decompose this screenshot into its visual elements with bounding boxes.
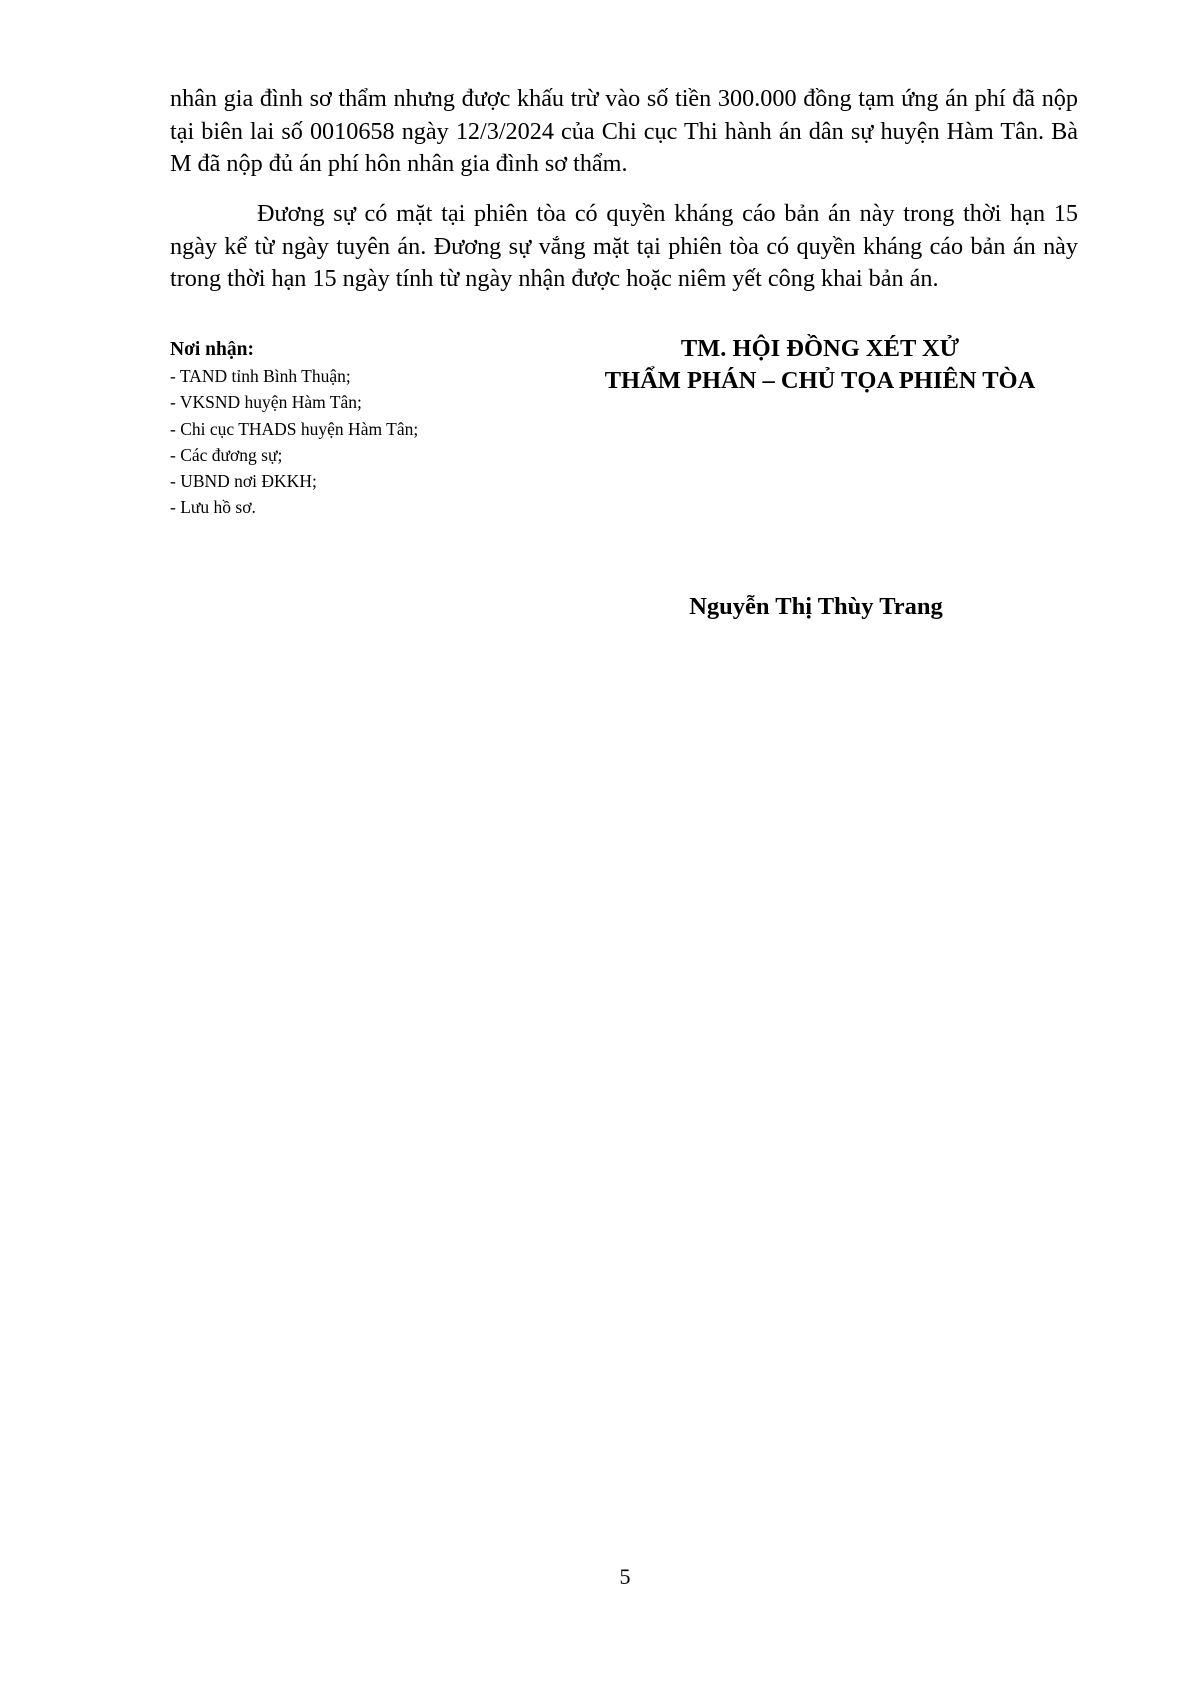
document-page: nhân gia đình sơ thẩm nhưng được khấu tr… <box>0 0 1190 1684</box>
signature-heading: TM. HỘI ĐỒNG XÉT XỬ THẨM PHÁN – CHỦ TỌA … <box>540 333 1100 397</box>
recipient-item: - TAND tỉnh Bình Thuận; <box>170 363 530 389</box>
signer-name: Nguyễn Thị Thùy Trang <box>540 591 1092 623</box>
recipients-list: - TAND tỉnh Bình Thuận; - VKSND huyện Hà… <box>170 363 530 521</box>
signature-title-judge: THẨM PHÁN – CHỦ TỌA PHIÊN TÒA <box>540 365 1100 397</box>
recipients-section: Nơi nhận: - TAND tỉnh Bình Thuận; - VKSN… <box>170 337 530 521</box>
recipient-item: - Lưu hồ sơ. <box>170 494 530 520</box>
recipient-item: - Các đương sự; <box>170 442 530 468</box>
page-number: 5 <box>0 1563 1190 1591</box>
paragraph-court-fee: nhân gia đình sơ thẩm nhưng được khấu tr… <box>170 83 1078 181</box>
paragraph-appeal-rights: Đương sự có mặt tại phiên tòa có quyền k… <box>170 198 1078 296</box>
recipient-item: - VKSND huyện Hàm Tân; <box>170 389 530 415</box>
recipient-item: - Chi cục THADS huyện Hàm Tân; <box>170 416 530 442</box>
signature-title-council: TM. HỘI ĐỒNG XÉT XỬ <box>540 333 1100 365</box>
recipient-item: - UBND nơi ĐKKH; <box>170 468 530 494</box>
recipients-title: Nơi nhận: <box>170 337 530 363</box>
